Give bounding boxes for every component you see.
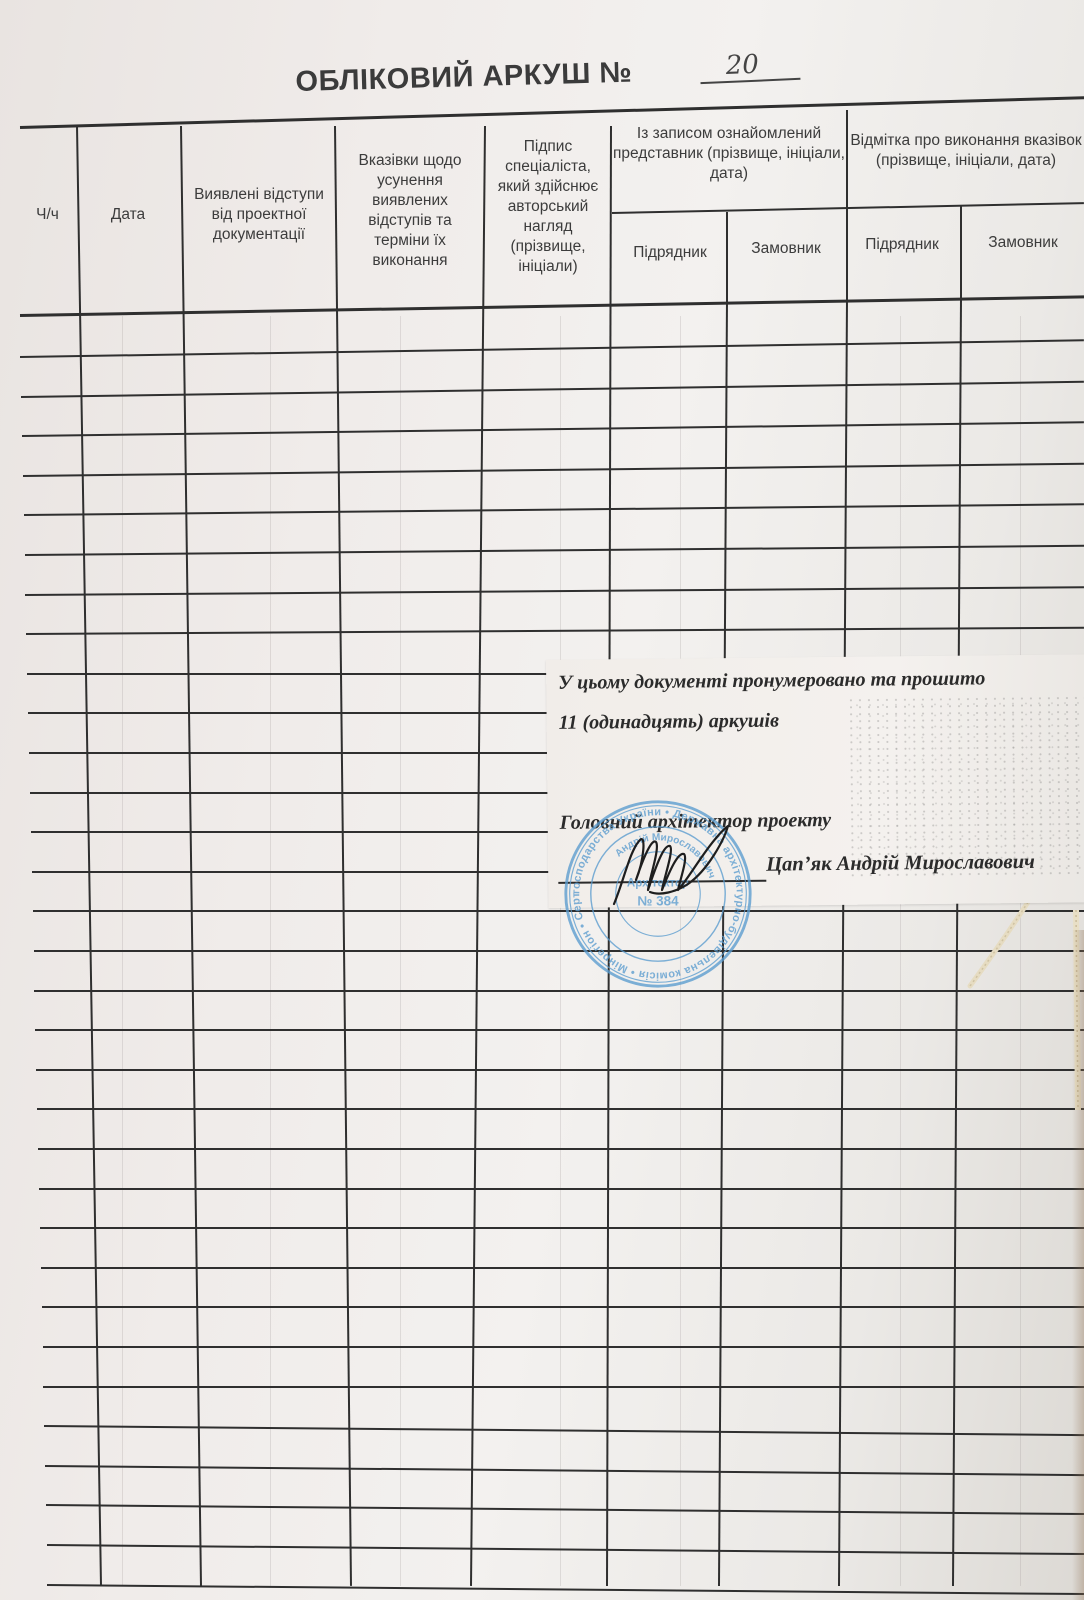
header-completion-label: Відмітка про виконання вказівок (прізвищ… (848, 131, 1084, 171)
header-date: Дата (78, 120, 178, 310)
table-row-line (41, 1267, 1084, 1269)
column-divider (838, 300, 848, 1586)
table-row-line (23, 463, 1084, 477)
header-acquainted-customer-label: Замовник (751, 239, 821, 259)
table-row-line (24, 504, 1084, 517)
table-row-line (22, 421, 1084, 437)
table-row-line (26, 627, 1084, 635)
table-row-line (46, 1504, 1084, 1515)
header-deviations: Виявлені відступи від проектної документ… (184, 120, 334, 310)
header-acquainted-group: Із записом ознайомлений представник (прі… (612, 104, 846, 204)
table-row-line (43, 1346, 1084, 1348)
column-divider (718, 300, 728, 1586)
table-row-line (24, 545, 1083, 556)
register-sheet: ОБЛІКОВИЙ АРКУШ № 20 Ч/ч Дата Виявлені в… (0, 0, 1084, 1600)
column-divider (76, 126, 102, 1586)
table-row-line (44, 1425, 1084, 1436)
label-line-2: 11 (одинадцять) аркушів (559, 710, 780, 735)
table-row-line (37, 1108, 1084, 1110)
header-acquainted-customer: Замовник (728, 214, 844, 284)
column-divider (952, 300, 962, 1586)
header-acquainted-contractor: Підрядник (614, 218, 726, 288)
header-no-label: Ч/ч (36, 205, 59, 225)
column-divider (470, 126, 486, 1586)
table-row-line (47, 1584, 1084, 1595)
table-row-line (34, 950, 1084, 952)
column-divider (180, 126, 202, 1586)
header-instructions-label: Вказівки щодо усунення виявлених відступ… (340, 151, 480, 271)
table-row-line (45, 1465, 1084, 1476)
header-acquainted-contractor-label: Підрядник (633, 243, 707, 263)
table-row-line (42, 1306, 1084, 1308)
header-supervisor-signature-label: Підпис спеціаліста, який здійснює авторс… (488, 137, 608, 277)
header-completion-customer-label: Замовник (988, 233, 1058, 253)
header-no: Ч/ч (20, 120, 75, 310)
table-row-line (38, 1148, 1084, 1150)
table-row-line (21, 380, 1084, 397)
signature-line (558, 880, 766, 884)
table-row-line (47, 1544, 1084, 1555)
header-deviations-label: Виявлені відступи від проектної документ… (184, 185, 334, 245)
column-divider (334, 126, 352, 1586)
header-completion-contractor-label: Підрядник (865, 235, 939, 255)
label-role: Головний архітектор проекту (560, 809, 832, 835)
binding-edge-shadow (1072, 930, 1084, 1600)
table-row-line (35, 1029, 1084, 1031)
table-row-line (36, 1069, 1084, 1071)
table-row-line (40, 1227, 1084, 1229)
label-print-speckle (846, 694, 1084, 877)
binding-certification-label: У цьому документі пронумеровано та проши… (546, 654, 1084, 908)
table-row-line (39, 1188, 1084, 1190)
header-completion-customer: Замовник (962, 208, 1084, 278)
header-instructions: Вказівки щодо усунення виявлених відступ… (340, 116, 480, 306)
label-line-1: У цьому документі пронумеровано та проши… (558, 667, 985, 694)
header-date-label: Дата (111, 205, 145, 225)
header-supervisor-signature: Підпис спеціаліста, який здійснює авторс… (488, 112, 608, 302)
table-row-line (43, 1386, 1084, 1388)
table-row-line (34, 990, 1084, 992)
table-row-line (25, 586, 1084, 596)
header-completion-contractor: Підрядник (846, 210, 958, 280)
header-acquainted-label: Із записом ознайомлений представник (прі… (612, 124, 846, 184)
table-row-line (20, 339, 1084, 358)
header-completion-group: Відмітка про виконання вказівок (прізвищ… (848, 102, 1084, 200)
label-signer-name: Цап’як Андрій Мирославович (766, 851, 1035, 877)
table-row-line (33, 910, 1084, 912)
